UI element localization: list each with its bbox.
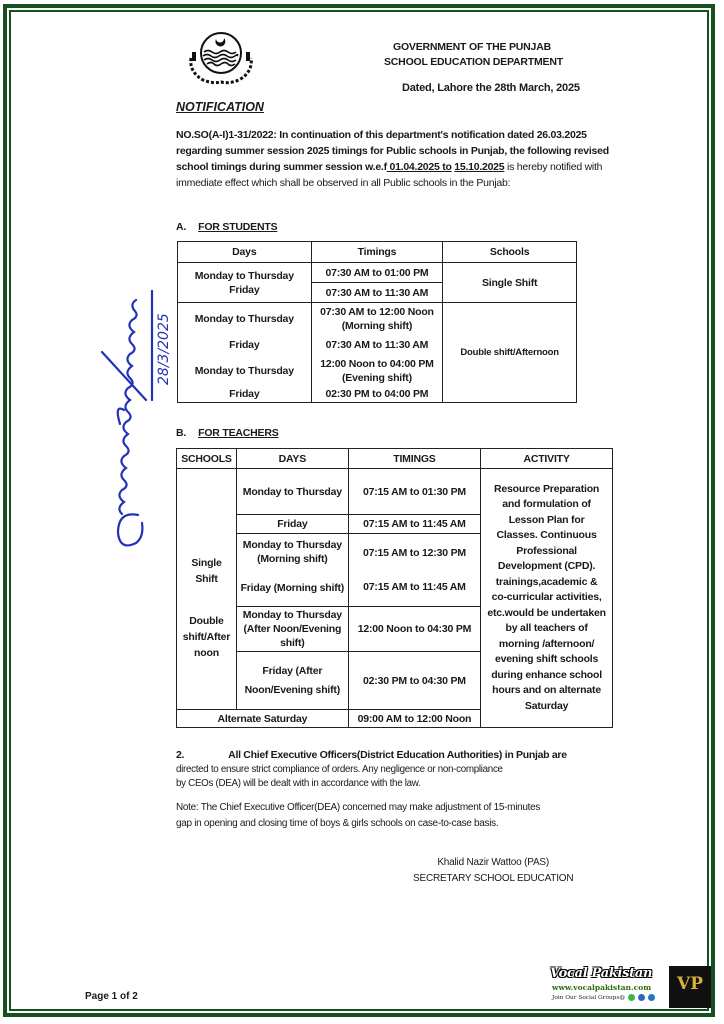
gov-line-1: GOVERNMENT OF THE PUNJAB: [393, 40, 563, 55]
linkedin-icon[interactable]: [648, 994, 655, 1001]
note-paragraph: Note: The Chief Executive Officer(DEA) c…: [176, 800, 556, 831]
header-schools: SCHOOLS: [177, 449, 237, 469]
teacher-timing-2: 07:15 AM to 11:45 AM: [348, 515, 480, 534]
schools-cell: Single Shift Double shift/After noon: [177, 469, 237, 710]
double-shift-timing-3: 12:00 Noon to 04:00 PM (Evening shift): [311, 355, 443, 387]
double-shift-day-3: Monday to Thursday: [178, 355, 312, 387]
saturday-label: Alternate Saturday: [177, 710, 349, 728]
date-to: 15.10.2025: [454, 161, 504, 173]
double-shift-timing-4: 02:30 PM to 04:00 PM: [311, 387, 443, 403]
signatory-block: Khalid Nazir Wattoo (PAS) SECRETARY SCHO…: [413, 855, 573, 887]
header-days: DAYS: [236, 449, 348, 469]
teacher-day-1: Monday to Thursday: [236, 469, 348, 515]
single-shift-days: Monday to Thursday Friday: [178, 263, 312, 303]
page-number: Page 1 of 2: [85, 991, 138, 1002]
teacher-timing-3-4: 07:15 AM to 12:30 PM 07:15 AM to 11:45 A…: [348, 534, 480, 607]
teacher-day-2: Friday: [236, 515, 348, 534]
header-timings: TIMINGS: [348, 449, 480, 469]
brand-name: Vocal Pakistan: [550, 966, 652, 981]
double-shift-day-2: Friday: [178, 335, 312, 355]
saturday-timing: 09:00 AM to 12:00 Noon: [348, 710, 480, 728]
section-b-heading: B.FOR TEACHERS: [176, 427, 279, 439]
header-timings: Timings: [311, 242, 443, 263]
double-shift-day-4: Friday: [178, 387, 312, 403]
header-schools: Schools: [443, 242, 577, 263]
signatory-designation: SECRETARY SCHOOL EDUCATION: [413, 871, 573, 887]
teacher-day-4: Friday (Morning shift): [236, 570, 348, 607]
brand-join: Join Our Social Groups@: [552, 994, 655, 1001]
teacher-day-3: Monday to Thursday (Morning shift): [236, 534, 348, 570]
department-heading: GOVERNMENT OF THE PUNJAB SCHOOL EDUCATIO…: [393, 40, 563, 70]
notification-title: NOTIFICATION: [176, 100, 264, 114]
handwritten-signature: 28/3/2025: [96, 290, 176, 560]
double-shift-day-1: Monday to Thursday: [178, 303, 312, 335]
double-shift-timing-2: 07:30 AM to 11:30 AM: [311, 335, 443, 355]
signature-date: 28/3/2025: [156, 313, 172, 385]
single-shift-school: Single Shift: [443, 263, 577, 303]
facebook-icon[interactable]: [638, 994, 645, 1001]
compliance-paragraph: 2.All Chief Executive Officers(District …: [176, 748, 616, 792]
signatory-name: Khalid Nazir Wattoo (PAS): [413, 855, 573, 871]
teacher-day-5: Monday to Thursday (After Noon/Evening s…: [236, 607, 348, 652]
notification-paragraph: NO.SO(A-I)1-31/2022: In continuation of …: [176, 127, 616, 191]
teacher-timing-1: 07:15 AM to 01:30 PM: [348, 469, 480, 515]
teacher-timing-5: 12:00 Noon to 04:30 PM: [348, 607, 480, 652]
students-timing-table: Days Timings Schools Monday to Thursday …: [177, 241, 577, 403]
vocal-pakistan-watermark[interactable]: Vocal Pakistan www.vocalpakistan.com Joi…: [548, 966, 714, 1014]
single-shift-timing-2: 07:30 AM to 11:30 AM: [311, 283, 443, 303]
dated-line: Dated, Lahore the 28th March, 2025: [402, 82, 580, 94]
double-shift-school: Double shift/Afternoon: [443, 303, 577, 403]
teacher-day-6: Friday (After Noon/Evening shift): [236, 652, 348, 710]
brand-url[interactable]: www.vocalpakistan.com: [552, 983, 651, 992]
header-activity: ACTIVITY: [481, 449, 613, 469]
teacher-timing-6: 02:30 PM to 04:30 PM: [348, 652, 480, 710]
header-days: Days: [178, 242, 312, 263]
double-shift-timing-1: 07:30 AM to 12:00 Noon (Morning shift): [311, 303, 443, 335]
single-shift-timing-1: 07:30 AM to 01:00 PM: [311, 263, 443, 283]
vocal-pakistan-logo-icon: VP: [669, 966, 711, 1008]
date-from: 01.04.2025 to: [387, 161, 452, 173]
activity-cell: Resource Preparation and formulation of …: [481, 469, 613, 728]
gov-line-2: SCHOOL EDUCATION DEPARTMENT: [384, 55, 563, 70]
punjab-emblem-icon: [185, 28, 257, 88]
section-a-heading: A.FOR STUDENTS: [176, 221, 277, 233]
whatsapp-icon[interactable]: [628, 994, 635, 1001]
teachers-timing-table: SCHOOLS DAYS TIMINGS ACTIVITY Single Shi…: [176, 448, 613, 728]
